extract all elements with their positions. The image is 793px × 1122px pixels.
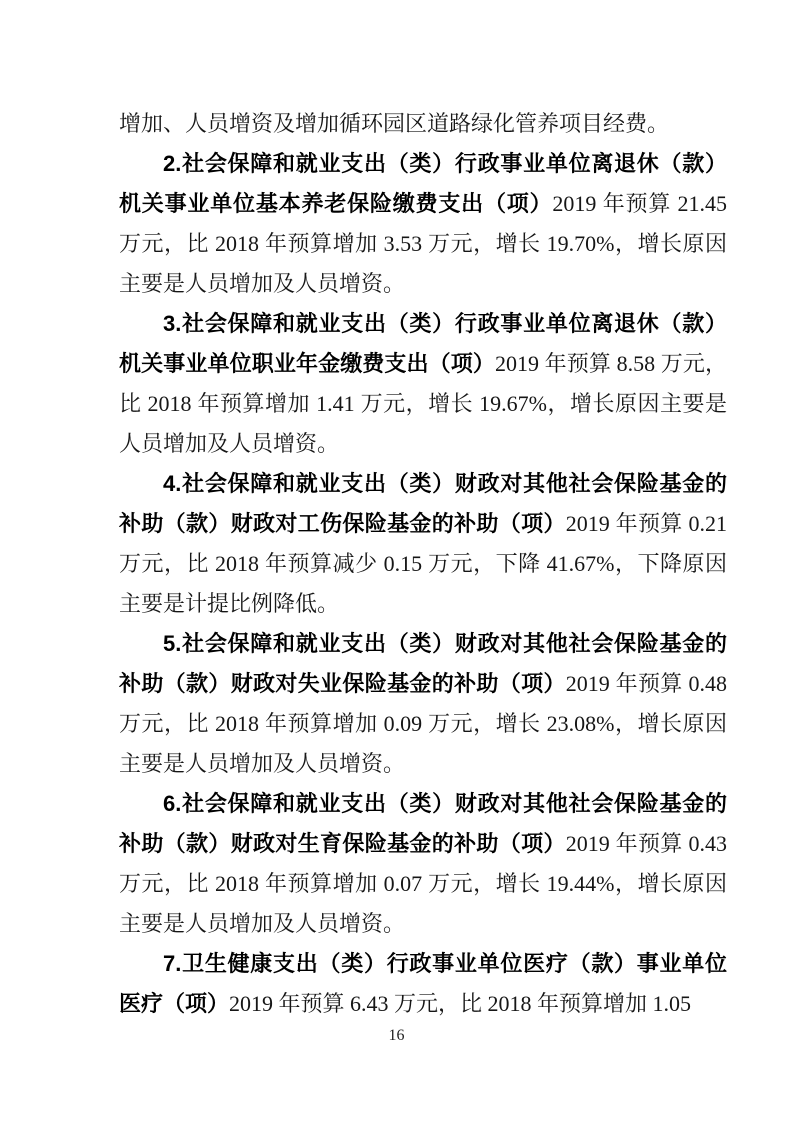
budget-item-7-paragraph: 7.卫生健康支出（类）行政事业单位医疗（款）事业单位医疗（项）2019 年预算 … xyxy=(119,944,727,1024)
paragraph-continuation-text: 增加、人员增资及增加循环园区道路绿化管养项目经费。 xyxy=(119,111,669,136)
budget-item-3-paragraph: 3.社会保障和就业支出（类）行政事业单位离退休（款）机关事业单位职业年金缴费支出… xyxy=(119,304,727,464)
budget-item-2-paragraph: 2.社会保障和就业支出（类）行政事业单位离退休（款）机关事业单位基本养老保险缴费… xyxy=(119,144,727,304)
budget-item-6-paragraph: 6.社会保障和就业支出（类）财政对其他社会保险基金的补助（款）财政对生育保险基金… xyxy=(119,784,727,944)
budget-item-4-paragraph: 4.社会保障和就业支出（类）财政对其他社会保险基金的补助（款）财政对工伤保险基金… xyxy=(119,464,727,624)
document-body-text: 增加、人员增资及增加循环园区道路绿化管养项目经费。 2.社会保障和就业支出（类）… xyxy=(119,104,727,1024)
page-number: 16 xyxy=(0,1026,793,1046)
budget-item-7-detail: 2019 年预算 6.43 万元，比 2018 年预算增加 1.05 xyxy=(229,991,691,1016)
document-page: 增加、人员增资及增加循环园区道路绿化管养项目经费。 2.社会保障和就业支出（类）… xyxy=(0,0,793,1122)
paragraph-continuation: 增加、人员增资及增加循环园区道路绿化管养项目经费。 xyxy=(119,104,727,144)
budget-item-5-paragraph: 5.社会保障和就业支出（类）财政对其他社会保险基金的补助（款）财政对失业保险基金… xyxy=(119,624,727,784)
